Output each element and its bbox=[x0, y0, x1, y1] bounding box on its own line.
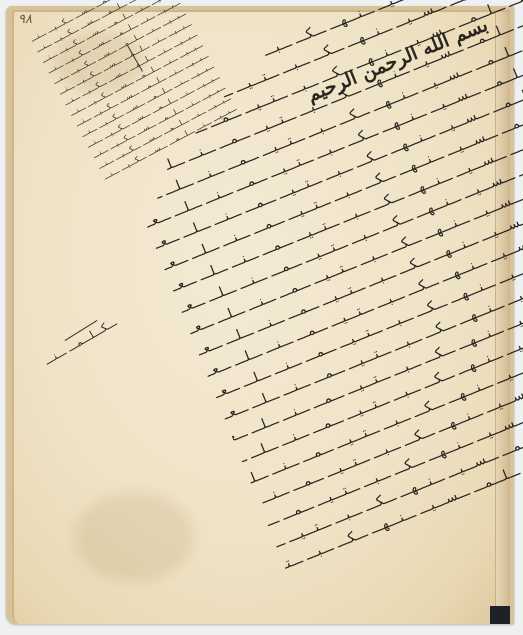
page-number: ٩٨ bbox=[18, 12, 32, 27]
scan-corner bbox=[490, 606, 510, 624]
paper-stain bbox=[74, 492, 194, 582]
